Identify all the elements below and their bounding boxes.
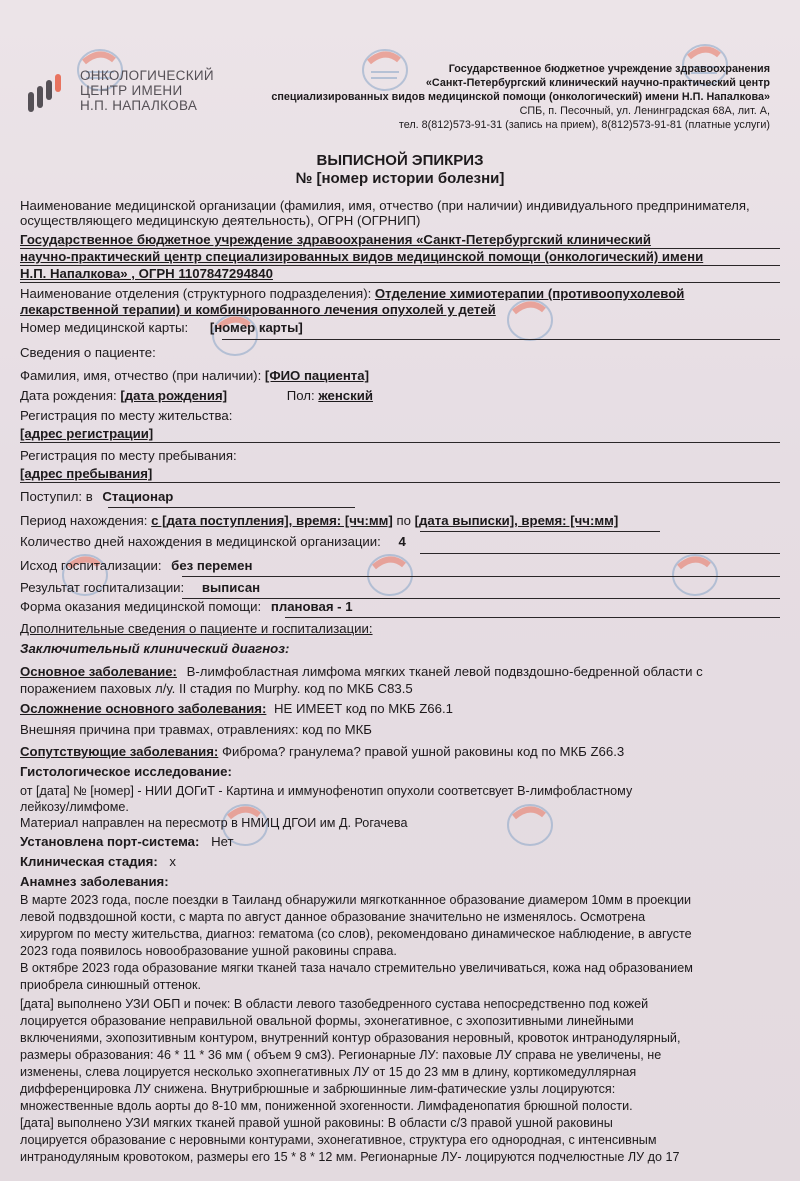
- anamnesis-line: размеры образования: 46 * 11 * 36 мм ( о…: [20, 1048, 780, 1063]
- form-row: Форма оказания медицинской помощи: плано…: [20, 599, 780, 614]
- logo-mark-icon: [26, 62, 81, 117]
- anamnesis-line: включениями, эхопозитивным контуром, вну…: [20, 1031, 780, 1046]
- patient-section-label: Сведения о пациенте:: [20, 345, 780, 360]
- outcome-row: Исход госпитализации: без перемен: [20, 558, 780, 573]
- patient-name-row: Фамилия, имя, отчество (при наличии): [Ф…: [20, 368, 780, 383]
- discharge-summary-page: ОНКОЛОГИЧЕСКИЙ ЦЕНТР ИМЕНИ Н.П. НАПАЛКОВ…: [0, 0, 800, 1181]
- department-row: Наименование отделения (структурного под…: [20, 286, 780, 301]
- form-value: плановая - 1: [271, 599, 353, 614]
- period-row: Период нахождения: с [дата поступления],…: [20, 513, 780, 528]
- patient-dob: [дата рождения]: [120, 388, 227, 403]
- complication-row: Осложнение основного заболевания: НЕ ИМЕ…: [20, 701, 780, 716]
- histology-text-1: от [дата] № [номер] - НИИ ДОГиТ - Картин…: [20, 784, 780, 799]
- anamnesis-line: множественные вдоль аорты до 8-10 мм, по…: [20, 1099, 780, 1114]
- organization-value-1: Государственное бюджетное учреждение здр…: [20, 232, 780, 247]
- anamnesis-line: лоцируется образование неправильной овал…: [20, 1014, 780, 1029]
- card-number: [номер карты]: [210, 320, 303, 335]
- anamnesis-line: лоцируется образование с неровными конту…: [20, 1133, 780, 1148]
- anamnesis-line: изменены, слева лоцируется несколько эхо…: [20, 1065, 780, 1080]
- admitted-row: Поступил: в Стационар: [20, 489, 780, 504]
- result-value: выписан: [202, 580, 260, 595]
- main-disease-row: Основное заболевание: В-лимфобластная ли…: [20, 664, 780, 679]
- document-title: ВЫПИСНОЙ ЭПИКРИЗ: [0, 152, 800, 169]
- histology-text-2: лейкозу/лимфоме.: [20, 800, 780, 815]
- anamnesis-line: В марте 2023 года, после поездки в Таила…: [20, 893, 780, 908]
- external-cause: Внешняя причина при травмах, отравлениях…: [20, 722, 780, 737]
- anamnesis-line: В октябре 2023 года образование мягки тк…: [20, 961, 780, 976]
- period-from: с [дата поступления], время: [чч:мм]: [151, 513, 393, 528]
- department-value-2: лекарственной терапии) и комбинированног…: [20, 302, 780, 317]
- department-value: Отделение химиотерапии (противоопухолево…: [375, 286, 685, 301]
- anamnesis-line: [дата] выполнено УЗИ ОБП и почек: В обла…: [20, 997, 780, 1012]
- patient-name: [ФИО пациента]: [265, 368, 369, 383]
- extra-info-label: Дополнительные сведения о пациенте и гос…: [20, 621, 780, 636]
- anamnesis-line: левой подвздошной кости, с марта по авгу…: [20, 910, 780, 925]
- patient-sex: женский: [318, 388, 373, 403]
- anamnesis-line: 2023 года появилось новообразование ушно…: [20, 944, 780, 959]
- organization-header: Государственное бюджетное учреждение здр…: [271, 62, 770, 132]
- stage-row: Клиническая стадия: х: [20, 854, 780, 869]
- admitted-value: Стационар: [102, 489, 173, 504]
- logo-text: ОНКОЛОГИЧЕСКИЙ ЦЕНТР ИМЕНИ Н.П. НАПАЛКОВ…: [80, 68, 214, 113]
- patient-dob-row: Дата рождения: [дата рождения] Пол: женс…: [20, 388, 780, 403]
- reg-stay-label: Регистрация по месту пребывания:: [20, 448, 780, 463]
- main-disease-cont: поражением паховых л/у. II стадия по Mur…: [20, 681, 780, 696]
- watermark-logo-icon: [55, 545, 115, 605]
- anamnesis-line: интранодуляным кровотоком, размеры его 1…: [20, 1150, 780, 1165]
- organization-value-3: Н.П. Напалкова» , ОГРН 1107847294840: [20, 266, 780, 281]
- anamnesis-line: хирургом по месту жительства, диагноз: г…: [20, 927, 780, 942]
- reg-residence-label: Регистрация по месту жительства:: [20, 408, 780, 423]
- anamnesis-line: приобрела синюшный оттенок.: [20, 978, 780, 993]
- anamnesis-title: Анамнез заболевания:: [20, 874, 780, 889]
- histology-text-3: Материал направлен на пересмотр в НМИЦ Д…: [20, 816, 780, 831]
- port-row: Установлена порт-система: Нет: [20, 834, 780, 849]
- organization-label: Наименование медицинской организации (фа…: [20, 198, 780, 228]
- histology-title: Гистологическое исследование:: [20, 764, 780, 779]
- days-row: Количество дней нахождения в медицинской…: [20, 534, 780, 549]
- watermark-logo-icon: [360, 545, 420, 605]
- concomitant-row: Сопутствующие заболевания: Фиброма? гран…: [20, 744, 780, 759]
- card-row: Номер медицинской карты: [номер карты]: [20, 320, 780, 335]
- result-row: Результат госпитализации: выписан: [20, 580, 780, 595]
- reg-stay-value: [адрес пребывания]: [20, 466, 780, 481]
- organization-value-2: научно-практический центр специализирова…: [20, 249, 780, 264]
- anamnesis-line: дифференцировка ЛУ снижена. Внутрибрюшны…: [20, 1082, 780, 1097]
- center-logo: ОНКОЛОГИЧЕСКИЙ ЦЕНТР ИМЕНИ Н.П. НАПАЛКОВ…: [26, 40, 236, 120]
- period-to: [дата выписки], время: [чч:мм]: [415, 513, 619, 528]
- diagnosis-title: Заключительный клинический диагноз:: [20, 641, 780, 656]
- anamnesis-line: [дата] выполнено УЗИ мягких тканей право…: [20, 1116, 780, 1131]
- days-value: 4: [398, 534, 405, 549]
- outcome-value: без перемен: [171, 558, 252, 573]
- document-number: № [номер истории болезни]: [0, 170, 800, 187]
- reg-residence-value: [адрес регистрации]: [20, 426, 780, 441]
